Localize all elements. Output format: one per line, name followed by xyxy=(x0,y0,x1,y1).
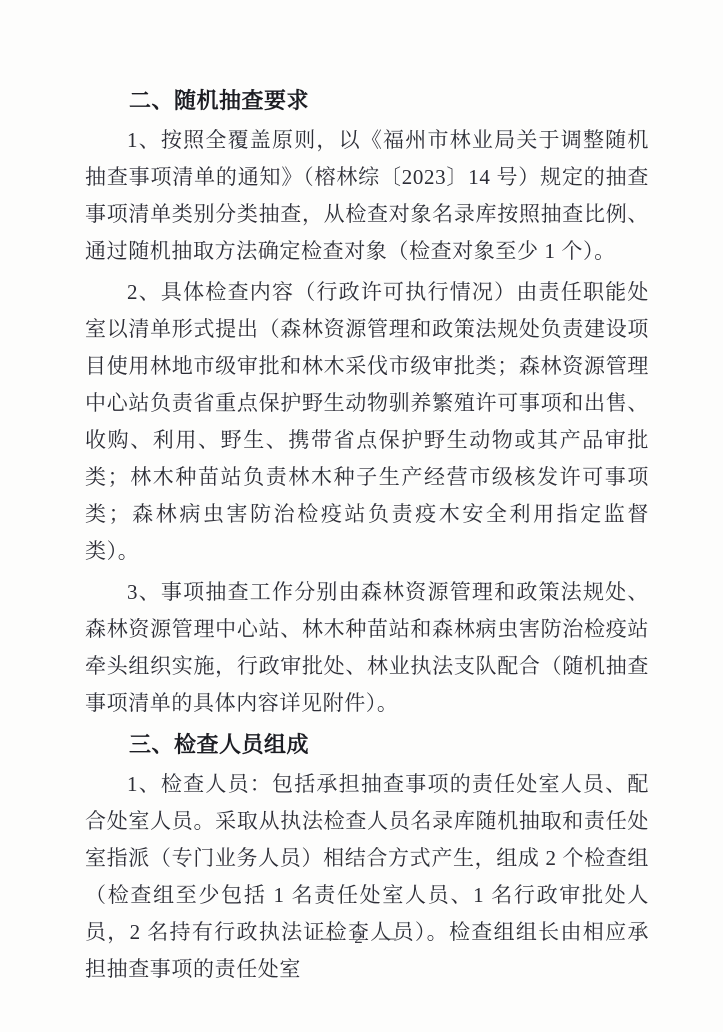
document-body: 二、随机抽查要求 1、按照全覆盖原则，以《福州市林业局关于调整随机抽查事项清单的… xyxy=(85,82,649,992)
section-heading-inspection-personnel: 三、检查人员组成 xyxy=(85,726,649,764)
body-paragraph: 1、按照全覆盖原则，以《福州市林业局关于调整随机抽查事项清单的通知》（榕林综〔2… xyxy=(85,122,649,270)
page-number: — 2 — xyxy=(0,928,723,948)
document-page: 二、随机抽查要求 1、按照全覆盖原则，以《福州市林业局关于调整随机抽查事项清单的… xyxy=(0,0,723,1032)
section-heading-random-inspection-requirements: 二、随机抽查要求 xyxy=(85,82,649,120)
body-paragraph: 1、检查人员：包括承担抽查事项的责任处室人员、配合处室人员。采取从执法检查人员名… xyxy=(85,766,649,988)
body-paragraph: 2、具体检查内容（行政许可执行情况）由责任职能处室以清单形式提出（森林资源管理和… xyxy=(85,274,649,570)
body-paragraph: 3、事项抽查工作分别由森林资源管理和政策法规处、森林资源管理中心站、林木种苗站和… xyxy=(85,574,649,722)
